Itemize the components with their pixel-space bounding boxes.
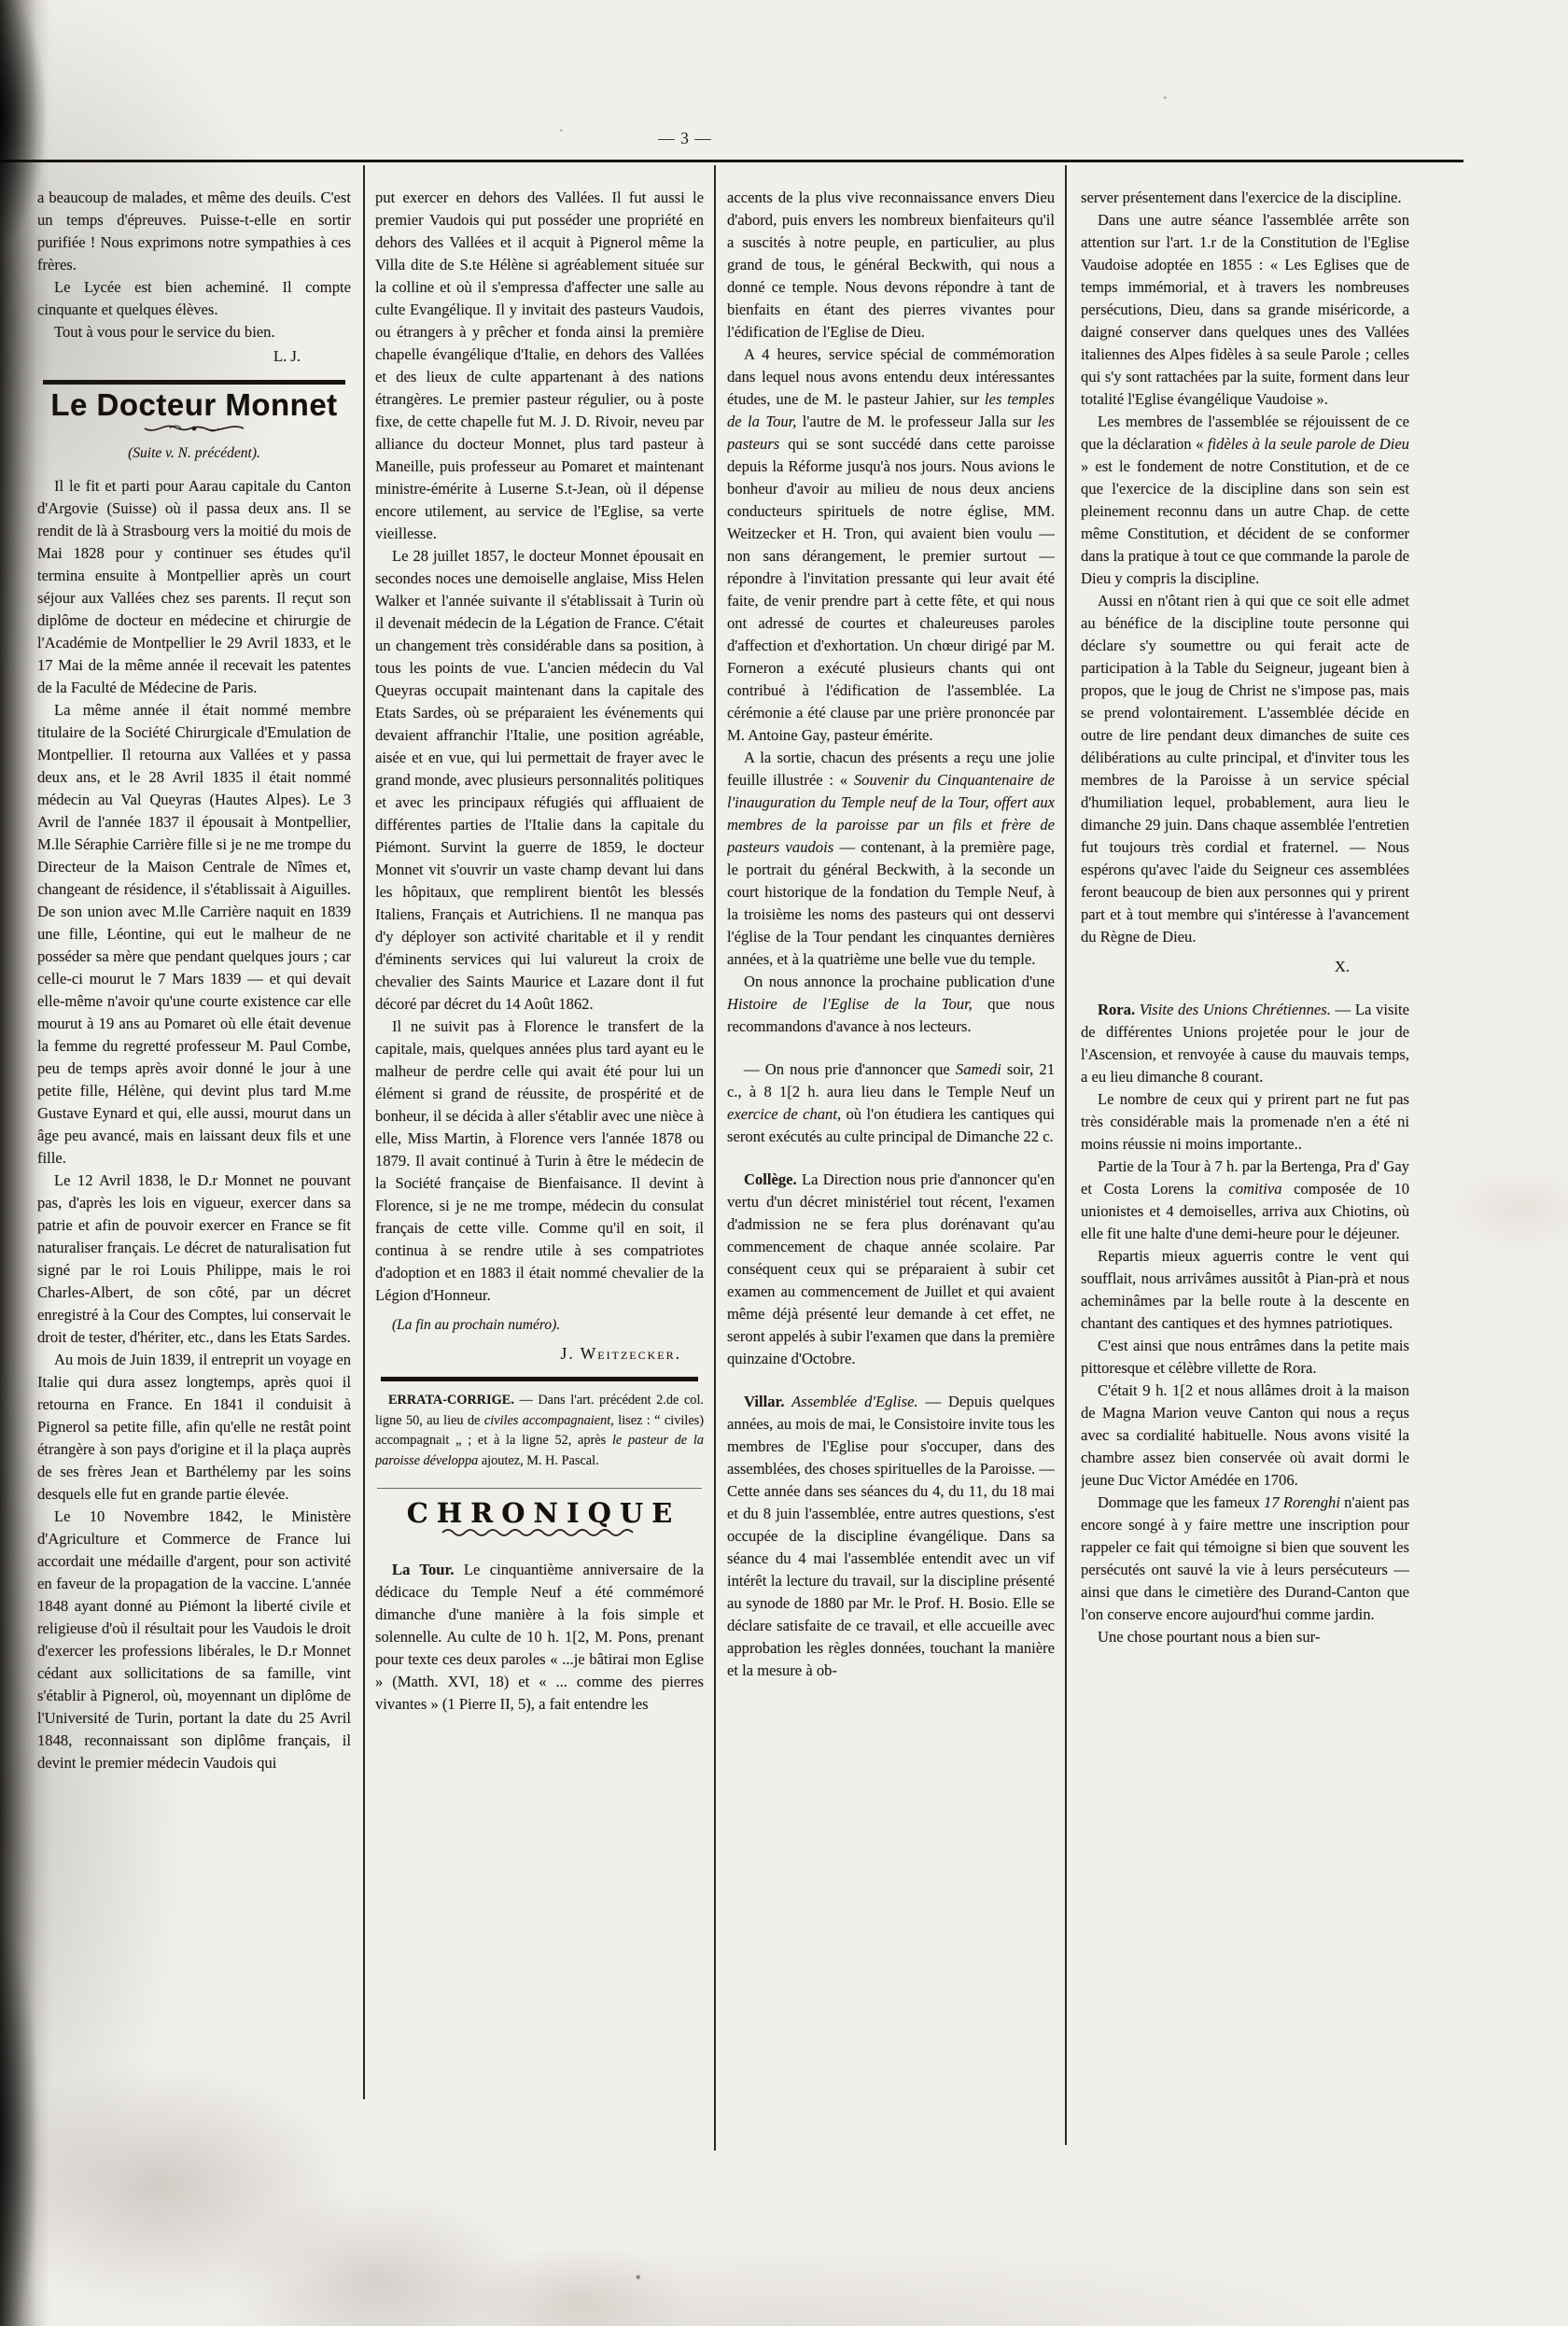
article-paragraph: Il ne suivit pas à Florence le transfert…: [375, 1016, 704, 1307]
errata-paragraph: ERRATA-CORRIGE. — Dans l'art. précédent …: [375, 1391, 704, 1471]
news-paragraph: Dans une autre séance l'assemblée arrête…: [1081, 209, 1409, 411]
article-paragraph: La même année il était nommé membre titu…: [37, 699, 351, 1170]
news-paragraph: Une chose pourtant nous a bien sur-: [1081, 1626, 1409, 1648]
column-2: put exercer en dehors des Vallées. Il fu…: [375, 187, 704, 2184]
continuation-paragraph: server présentement dans l'exercice de l…: [1081, 187, 1409, 209]
news-paragraph: La Tour. Le cinquantième anniversaire de…: [375, 1559, 704, 1716]
article-paragraph: Au mois de Juin 1839, il entreprit un vo…: [37, 1349, 351, 1506]
news-paragraph: Partie de la Tour à 7 h. par la Bertenga…: [1081, 1156, 1409, 1245]
article-subtitle: (Suite v. N. précédent).: [37, 442, 351, 465]
continuation-paragraph: accents de la plus vive reconnaissance e…: [727, 187, 1055, 343]
column-divider-2: [714, 165, 716, 2151]
section-rule: [43, 380, 345, 385]
news-paragraph: A la sortie, chacun des présents a reçu …: [727, 747, 1055, 971]
author-signature: J. Weitzecker.: [375, 1342, 704, 1365]
author-signature: X.: [1081, 956, 1409, 978]
news-paragraph: Aussi en n'ôtant rien à qui que ce soit …: [1081, 590, 1409, 948]
section-rule: [381, 1377, 698, 1381]
continuation-paragraph: put exercer en dehors des Vallées. Il fu…: [375, 187, 704, 545]
author-signature: L. J.: [37, 345, 351, 368]
news-paragraph: Villar. Assemblée d'Eglise. — Depuis que…: [727, 1391, 1055, 1682]
news-paragraph: A 4 heures, service spécial de commémora…: [727, 343, 1055, 747]
column-1: a beaucoup de malades, et même des deuil…: [37, 187, 351, 2165]
news-paragraph: Collège. La Direction nous prie d'annonc…: [727, 1169, 1055, 1370]
column-4: server présentement dans l'exercice de l…: [1081, 187, 1409, 2170]
article-title: Le Docteur Monnet: [37, 394, 351, 416]
to-be-continued-note: (La fin au prochain numéro).: [375, 1314, 704, 1337]
news-paragraph: C'est ainsi que nous entrâmes dans la pe…: [1081, 1335, 1409, 1380]
news-paragraph: Le nombre de ceux qui y prirent part ne …: [1081, 1088, 1409, 1156]
article-paragraph: Le 12 Avril 1838, le D.r Monnet ne pouva…: [37, 1170, 351, 1349]
masthead-rule: [0, 160, 1463, 162]
article-paragraph: Le 28 juillet 1857, le docteur Monnet ép…: [375, 545, 704, 1016]
paragraph: Tout à vous pour le service du bien.: [37, 321, 351, 343]
news-paragraph: C'était 9 h. 1[2 et nous allâmes droit à…: [1081, 1380, 1409, 1492]
column-3: accents de la plus vive reconnaissance e…: [727, 187, 1055, 2161]
news-paragraph: Repartis mieux aguerris contre le vent q…: [1081, 1245, 1409, 1335]
chronique-title: CHRONIQUE: [375, 1502, 704, 1524]
news-paragraph: On nous annonce la prochaine publication…: [727, 971, 1055, 1038]
continuation-paragraph: a beaucoup de malades, et même des deuil…: [37, 187, 351, 276]
news-paragraph: — On nous prie d'annoncer que Samedi soi…: [727, 1058, 1055, 1148]
news-paragraph: Rora. Visite des Unions Chrétiennes. — L…: [1081, 999, 1409, 1088]
news-paragraph: Dommage que les fameux 17 Rorenghi n'aie…: [1081, 1492, 1409, 1626]
column-divider-3: [1065, 165, 1067, 2145]
newspaper-page: — 3 — a beaucoup de malades, et même des…: [0, 0, 1568, 2326]
article-paragraph: Il le fit et parti pour Aarau capitale d…: [37, 475, 351, 699]
article-paragraph: Le 10 Novembre 1842, le Ministère d'Agri…: [37, 1506, 351, 1774]
flourish-ornament-icon: [37, 420, 351, 437]
thin-rule: [377, 1488, 702, 1489]
paragraph: Le Lycée est bien acheminé. Il compte ci…: [37, 276, 351, 321]
news-paragraph: Les membres de l'assemblée se réjouissen…: [1081, 411, 1409, 590]
column-divider-1: [363, 165, 365, 2099]
page-number: — 3 —: [0, 129, 1370, 148]
